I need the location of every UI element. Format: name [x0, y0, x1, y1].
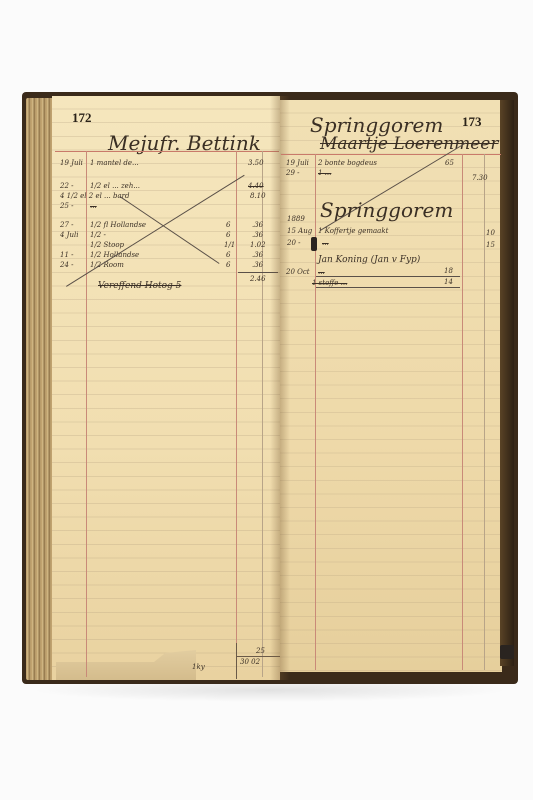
- entry-amount: .36: [252, 262, 263, 269]
- entry-qty: 65: [445, 160, 454, 167]
- entry-amount: .36: [252, 252, 263, 259]
- entry-date: 29 -: [286, 170, 300, 177]
- spine: [270, 96, 290, 680]
- entry-amount: .36: [252, 222, 263, 229]
- corner-wear: [500, 645, 514, 659]
- cover-edge-right: [500, 100, 514, 666]
- account-name-left: Mejufr. Bettink: [108, 133, 261, 153]
- entry-description: 1/2 el ... zeh...: [90, 183, 140, 190]
- date-column-line-left: [86, 151, 87, 677]
- entry-description: 1/2 Stoop: [90, 242, 124, 249]
- cents-column-line-left: [262, 151, 263, 677]
- entry-date: 11 -: [60, 252, 74, 259]
- entry-date: 15 Aug: [287, 228, 312, 235]
- entry-qty: 6: [226, 232, 230, 239]
- cents-column-line-right: [484, 154, 485, 670]
- entry-description: 2 bonte bogdeus: [318, 160, 377, 167]
- entry-date: 24 -: [60, 262, 74, 269]
- header-rule-right: [281, 154, 501, 155]
- entry-description: ...: [318, 269, 325, 276]
- entry-description: 1 Koffertje gemaakt: [318, 228, 388, 235]
- entry-amount: 7.30: [472, 175, 488, 182]
- entry-description: ...: [90, 203, 97, 210]
- entry-amount: .36: [252, 232, 263, 239]
- ink-blot: [311, 237, 317, 251]
- entry-amount: 3.50: [248, 160, 264, 167]
- entry-description: 1 ...: [318, 170, 331, 177]
- entry-amount: 14: [444, 279, 453, 286]
- entry-date: 19 Juli: [286, 160, 309, 167]
- entry-qty: 1/1: [224, 242, 235, 249]
- entry-date: 4 Juli: [60, 232, 78, 239]
- entry-date: 25 -: [60, 203, 74, 210]
- entry-amount: 1.02: [250, 242, 266, 249]
- entry-qty: 6: [226, 262, 230, 269]
- entry-description: 1 mantel de...: [90, 160, 139, 167]
- amount-column-line-left: [236, 151, 237, 677]
- entry-description: ...: [322, 240, 329, 247]
- entry-year: 1889: [287, 216, 305, 223]
- entry-description: 1/2 -: [90, 232, 106, 239]
- bottom-total-2: 30 02: [240, 659, 260, 666]
- bottom-note: 1ky: [192, 664, 205, 671]
- entry-date: 20 Oct: [286, 269, 310, 276]
- page-number-left: 172: [72, 110, 92, 126]
- totals-box-line: [236, 643, 237, 679]
- header-rule-left: [55, 151, 279, 152]
- amount-column-line-right: [462, 154, 463, 670]
- settled-note: Vereffend Hotog 5: [98, 282, 181, 291]
- date-column-line-right: [315, 154, 316, 670]
- account-name-right-third: Jan Koning (Jan v Fyp): [318, 256, 420, 265]
- account-name-right-struck: Maartje Loerenmeer: [320, 136, 498, 153]
- entry-underline: [316, 287, 460, 288]
- entry-amount: 18: [444, 268, 453, 275]
- page-number-right: 173: [462, 114, 482, 130]
- account-name-right-second: Springgorem: [320, 200, 453, 220]
- entry-date: 27 -: [60, 222, 74, 229]
- entry-amount: 15: [486, 242, 495, 249]
- subtotal-left: 2.46: [250, 276, 266, 283]
- entry-date: 20 -: [287, 240, 301, 247]
- entry-date: 22 -: [60, 183, 74, 190]
- entry-description: 1 stoffe ...: [312, 280, 347, 287]
- entry-qty: 6: [226, 252, 230, 259]
- entry-amount: 10: [486, 230, 495, 237]
- entry-underline: [316, 276, 460, 277]
- account-name-right-top: Springgorem: [310, 115, 443, 135]
- entry-description: 1/2 fl Hollandse: [90, 222, 146, 229]
- entry-qty: 6: [226, 222, 230, 229]
- entry-date: 19 Juli: [60, 160, 83, 167]
- entry-amount: 4.40: [248, 183, 264, 190]
- entry-amount: 8.10: [250, 193, 266, 200]
- bottom-total-1: 25: [256, 648, 265, 655]
